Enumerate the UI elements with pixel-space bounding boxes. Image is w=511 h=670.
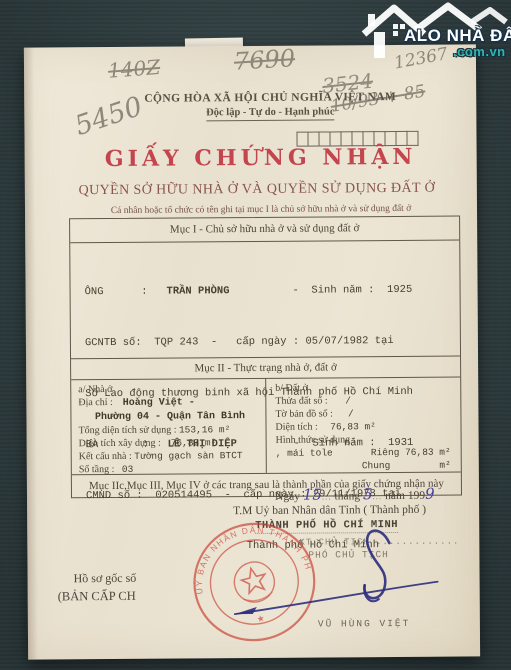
land-map: Tờ bản đồ số : / (275, 407, 456, 421)
house-structure: Kết cấu nhà : Tường gạch sàn BTCT (79, 449, 262, 463)
land-header: b/ Đất ở (275, 381, 456, 395)
certificate-document: 140Z 7690 3524 12367 10/93 + 85 5450 CỘN… (24, 44, 480, 659)
photo-background: 140Z 7690 3524 12367 10/93 + 85 5450 CỘN… (0, 0, 511, 670)
owner1-birth: - Sinh năm : 1925 (229, 284, 412, 297)
land-plot: Thửa đất số : / (275, 394, 456, 408)
land-area-value: 76,83 m² (330, 421, 376, 432)
land-map-value: / (348, 408, 354, 419)
land-shared-value: m² (439, 459, 450, 472)
house-build-area: Diện tích xây dựng : 76,83 m² (79, 436, 262, 450)
house-floors-label: Số tầng : (79, 464, 115, 475)
archive-note-line1: Hồ sơ gốc số (74, 571, 137, 586)
land-private-value: Riêng 76,83 m² (371, 446, 451, 460)
section2-columns: a/ Nhà ở Địa chỉ : Hoàng Việt - Phường 0… (71, 378, 461, 476)
land-shared-label: Chung (362, 459, 391, 472)
land-use: Hình thức sử dụng : (276, 433, 457, 447)
alo-nha-dat-watermark: ALO NHÀ ĐẤT .com.vn (360, 0, 510, 66)
day-label: Ngày (275, 491, 300, 503)
land-column: b/ Đất ở Thửa đất số : / Tờ bản đồ số : … (266, 378, 461, 473)
land-area-label: Diện tích : (275, 422, 317, 433)
house-address2: Phường 04 - Quận Tân Bình (78, 409, 261, 424)
roof-note: , mái tole (276, 446, 333, 459)
house-build-label: Diện tích xây dựng : (79, 438, 161, 450)
section1-body: ÔNG : TRẦN PHÒNG - Sinh năm : 1925 GCNTB… (70, 241, 460, 360)
house-structure-value: Tường gạch sàn BTCT (134, 450, 242, 462)
month-handwritten: 5 (363, 485, 373, 503)
national-motto: Độc lập - Tự do - Hạnh phúc (84, 106, 456, 120)
date-line: Ngày 15... tháng 5... năm 1999 (275, 485, 435, 504)
land-map-label: Tờ bản đồ số : (275, 408, 333, 419)
signer-name: VŨ HÙNG VIỆT (318, 618, 410, 630)
house-header: a/ Nhà ở (78, 382, 261, 396)
year-handwritten: 9 (425, 485, 435, 503)
owner1-name: TRẦN PHÒNG (166, 285, 229, 297)
certificate-subtitle: QUYỀN SỞ HỮU NHÀ Ở VÀ QUYỀN SỬ DỤNG ĐẤT … (41, 180, 473, 199)
pencil-annotation: 140Z (107, 55, 161, 83)
land-use-private: , mái toleRiêng 76,83 m² (276, 446, 457, 460)
dots: ... (322, 491, 332, 501)
house-build-value: 76,83 m² (171, 437, 217, 448)
day-handwritten: 15 (303, 486, 322, 504)
land-area: Diện tích : 76,83 m² (275, 420, 456, 434)
house-address2-value: Phường 04 - Quận Tân Bình (95, 411, 245, 423)
land-plot-label: Thửa đất số : (275, 395, 327, 406)
house-total-area: Tổng diện tích sử dụng : 153,16 m² (78, 423, 261, 437)
section1-heading: Mục I - Chủ sở hữu nhà ở và sử dụng đất … (70, 217, 459, 244)
month-label: tháng (334, 490, 360, 502)
owner1-line: ÔNG : TRẦN PHÒNG - Sinh năm : 1925 (85, 282, 448, 302)
certificate-table: Mục I - Chủ sở hữu nhà ở và sử dụng đất … (69, 216, 462, 499)
house-structure-label: Kết cấu nhà : (79, 451, 132, 462)
dots: ... (372, 491, 382, 501)
signature (222, 521, 448, 628)
land-use-shared: Chungm² (276, 459, 457, 473)
house-total-value: 153,16 m² (179, 424, 230, 435)
house-floors-value: 03 (122, 464, 133, 475)
house-total-label: Tổng diện tích sử dụng : (79, 425, 177, 437)
motto-text: Độc lập - Tự do - Hạnh phúc (206, 106, 334, 121)
watermark-brand-text: ALO NHÀ ĐẤT (404, 26, 511, 46)
house-address-label: Địa chỉ : (78, 397, 113, 408)
owner1-id-line: GCNTB số: TQP 243 - cấp ngày : 05/07/198… (85, 333, 448, 353)
land-plot-value: / (345, 395, 351, 406)
watermark-domain-text: .com.vn (453, 44, 506, 59)
certificate-title: GIẤY CHỨNG NHẬN (65, 144, 457, 173)
certificate-note: Cá nhân hoặc tổ chức có tên ghi tại mục … (55, 203, 467, 216)
year-label: năm 199 (385, 490, 425, 502)
house-address: Địa chỉ : Hoàng Việt - (78, 395, 261, 410)
pencil-annotation: 7690 (233, 44, 296, 76)
paper-edge-shadow (24, 48, 38, 660)
land-use-label: Hình thức sử dụng : (276, 434, 356, 446)
house-column: a/ Nhà ở Địa chỉ : Hoàng Việt - Phường 0… (71, 379, 267, 474)
archive-note-line2: (BẢN CẤP CH (58, 589, 136, 605)
house-address-value: Hoàng Việt - (123, 397, 195, 409)
owner1-label: ÔNG : (85, 286, 167, 299)
